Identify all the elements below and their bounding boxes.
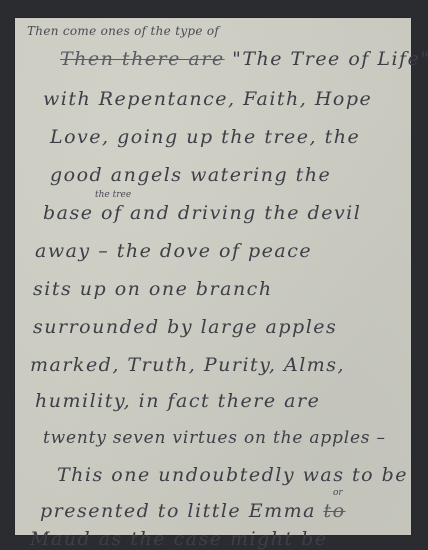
line-text: away – the dove of peace <box>35 240 312 262</box>
line-1-added-heading: Then come ones of the type of <box>27 24 219 38</box>
line-text: humility, in fact there are <box>35 390 320 412</box>
line-text: with Repentance, Faith, Hope <box>43 88 372 110</box>
line-text: Maud as the case might be <box>30 528 328 550</box>
line-text: marked, Truth, Purity, Alms, <box>30 354 345 376</box>
line-text: presented to little Emma <box>40 500 316 522</box>
line-14: presented to little Emma to <box>40 500 346 522</box>
line-6: base of and driving the devil <box>43 202 361 224</box>
line-text: This one undoubtedly was to be <box>57 464 408 486</box>
interlinear-insert: the tree <box>95 190 131 200</box>
line-2: Then there are "The Tree of Life" <box>60 48 428 70</box>
line-text-continued: and driving the devil <box>130 202 361 224</box>
line-12: twenty seven virtues on the apples – <box>43 428 386 448</box>
line-text: base of <box>43 202 123 224</box>
line-text: good angels watering the <box>50 164 331 186</box>
line-4: Love, going up the tree, the <box>50 126 360 148</box>
letter-page: Then come ones of the type of Then there… <box>15 18 411 535</box>
line-text: Then come ones of the type of <box>27 24 219 38</box>
line-13: This one undoubtedly was to be <box>57 464 408 486</box>
line-7: away – the dove of peace <box>35 240 312 262</box>
line-text: surrounded by large apples <box>33 316 337 338</box>
line-10: marked, Truth, Purity, Alms, <box>30 354 345 376</box>
line-text: Love, going up the tree, the <box>50 126 360 148</box>
line-3: with Repentance, Faith, Hope <box>43 88 372 110</box>
line-text: "The Tree of Life" <box>232 48 428 70</box>
line-8: sits up on one branch <box>33 278 273 300</box>
line-9: surrounded by large apples <box>33 316 337 338</box>
line-5: good angels watering the <box>50 164 331 186</box>
struck-text: Then there are <box>60 48 225 70</box>
line-15: Maud as the case might be <box>30 528 328 550</box>
line-text: sits up on one branch <box>33 278 273 300</box>
struck-text: to <box>323 500 345 522</box>
line-11: humility, in fact there are <box>35 390 320 412</box>
interlinear-insert: or <box>333 488 343 498</box>
line-text: twenty seven virtues on the apples – <box>43 428 386 448</box>
